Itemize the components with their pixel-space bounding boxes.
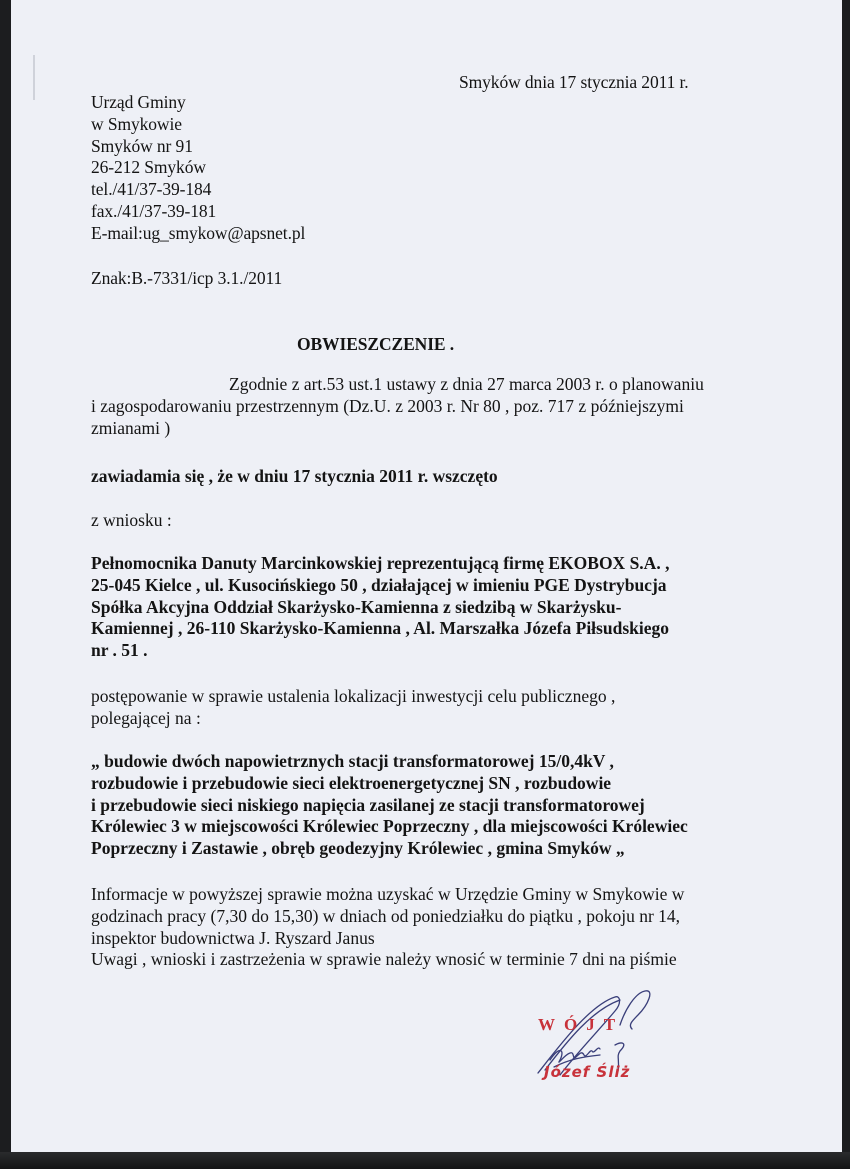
sender-address: Urząd Gminy w Smykowie Smyków nr 91 26-2…	[91, 92, 305, 245]
legal-basis: Zgodnie z art.53 ust.1 ustawy z dnia 27 …	[91, 374, 791, 439]
legal-basis-line: zmianami )	[91, 418, 791, 440]
signature-block: WÓJT Józef Śliż	[520, 985, 680, 1090]
on-request-text: z wniosku :	[91, 510, 791, 532]
legal-basis-line: Zgodnie z art.53 ust.1 ustawy z dnia 27 …	[91, 374, 791, 396]
applicant-line: nr . 51 .	[91, 640, 791, 662]
sender-line: w Smykowie	[91, 114, 305, 136]
sender-fax: fax./41/37-39-181	[91, 201, 305, 223]
sender-phone: tel./41/37-39-184	[91, 179, 305, 201]
stamp-title: WÓJT	[538, 1015, 624, 1035]
remarks-line: Uwagi , wnioski i zastrzeżenia w sprawie…	[91, 949, 791, 971]
information-line: Informacje w powyższej sprawie można uzy…	[91, 884, 791, 906]
information-line: godzinach pracy (7,30 do 15,30) w dniach…	[91, 906, 791, 928]
applicant-line: Spółka Akcyjna Oddział Skarżysko-Kamienn…	[91, 597, 791, 619]
information-line: inspektor budownictwa J. Ryszard Janus	[91, 928, 791, 950]
sender-line: 26-212 Smyków	[91, 157, 305, 179]
place-date: Smyków dnia 17 stycznia 2011 r.	[459, 72, 689, 93]
sender-line: Smyków nr 91	[91, 136, 305, 158]
applicant-line: Kamiennej , 26-110 Skarżysko-Kamienna , …	[91, 618, 791, 640]
proceeding-line: polegającej na :	[91, 708, 791, 730]
scan-border	[0, 1152, 850, 1169]
investment-line: rozbudowie i przebudowie sieci elektroen…	[91, 773, 791, 795]
investment-description: „ budowie dwóch napowietrznych stacji tr…	[91, 751, 791, 860]
information: Informacje w powyższej sprawie można uzy…	[91, 884, 791, 971]
announcement-line: zawiadamia się , że w dniu 17 stycznia 2…	[91, 466, 791, 488]
investment-line: Królewiec 3 w miejscowości Królewiec Pop…	[91, 816, 791, 838]
on-request-label: z wniosku :	[91, 510, 791, 532]
announcement: zawiadamia się , że w dniu 17 stycznia 2…	[91, 466, 791, 488]
stamp-name: Józef Śliż	[544, 1063, 630, 1081]
sender-line: Urząd Gminy	[91, 92, 305, 114]
proceeding-line: postępowanie w sprawie ustalenia lokaliz…	[91, 686, 791, 708]
investment-line: „ budowie dwóch napowietrznych stacji tr…	[91, 751, 791, 773]
scan-mark	[33, 55, 35, 100]
applicant: Pełnomocnika Danuty Marcinkowskiej repre…	[91, 553, 791, 662]
applicant-line: Pełnomocnika Danuty Marcinkowskiej repre…	[91, 553, 791, 575]
document-title: OBWIESZCZENIE .	[297, 334, 454, 355]
proceeding: postępowanie w sprawie ustalenia lokaliz…	[91, 686, 791, 730]
legal-basis-line: i zagospodarowaniu przestrzennym (Dz.U. …	[91, 396, 791, 418]
reference-number: Znak:B.-7331/icp 3.1./2011	[91, 268, 282, 289]
applicant-line: 25-045 Kielce , ul. Kusocińskiego 50 , d…	[91, 575, 791, 597]
investment-line: Poprzeczny i Zastawie , obręb geodezyjny…	[91, 838, 791, 860]
sender-email: E-mail:ug_smykow@apsnet.pl	[91, 223, 305, 245]
investment-line: i przebudowie sieci niskiego napięcia za…	[91, 795, 791, 817]
